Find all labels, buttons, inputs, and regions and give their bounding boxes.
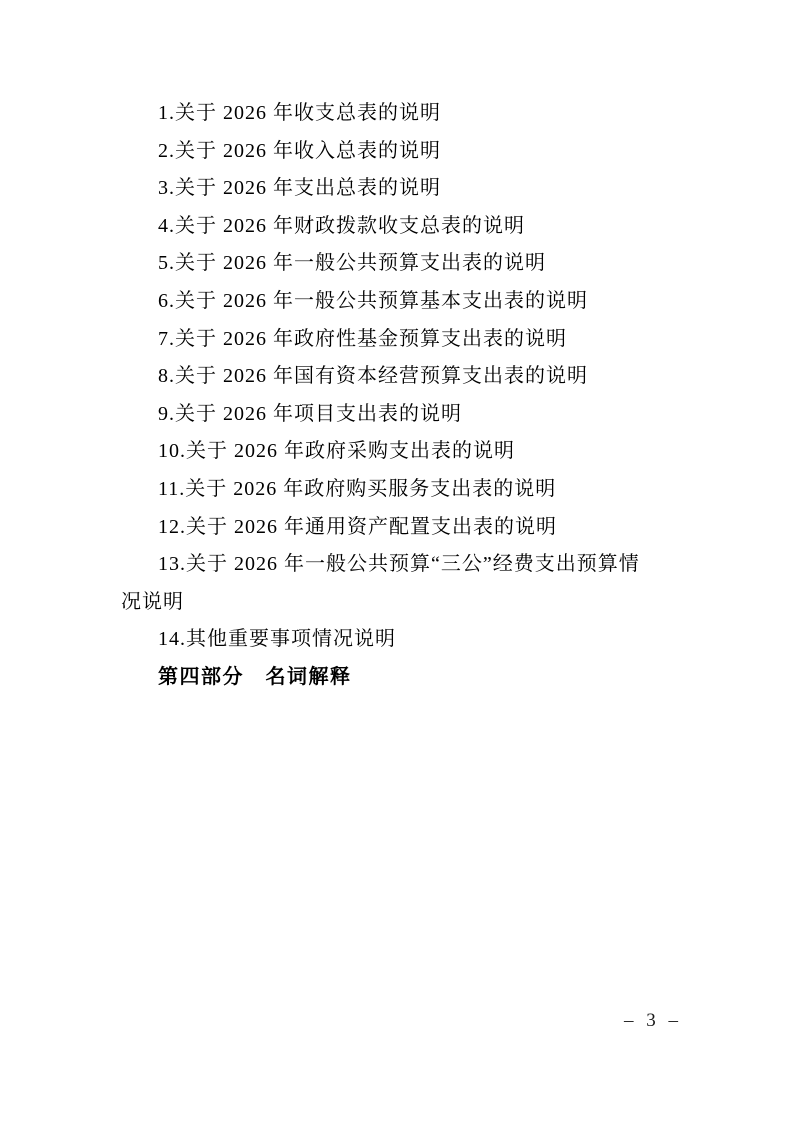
toc-item: 5.关于 2026 年一般公共预算支出表的说明 (121, 245, 674, 283)
toc-item: 12.关于 2026 年通用资产配置支出表的说明 (121, 509, 674, 547)
toc-item: 3.关于 2026 年支出总表的说明 (121, 170, 674, 208)
toc-item: 1.关于 2026 年收支总表的说明 (121, 95, 674, 133)
section-heading: 第四部分 名词解释 (121, 659, 674, 697)
toc-item: 11.关于 2026 年政府购买服务支出表的说明 (121, 471, 674, 509)
toc-item: 7.关于 2026 年政府性基金预算支出表的说明 (121, 321, 674, 359)
toc-item: 4.关于 2026 年财政拨款收支总表的说明 (121, 208, 674, 246)
page-number: – 3 – (624, 1008, 682, 1034)
toc-item: 13.关于 2026 年一般公共预算“三公”经费支出预算情 况说明 (121, 546, 674, 621)
toc-item: 9.关于 2026 年项目支出表的说明 (121, 396, 674, 434)
toc-item: 14.其他重要事项情况说明 (121, 621, 674, 659)
toc-item: 2.关于 2026 年收入总表的说明 (121, 133, 674, 171)
toc-item: 6.关于 2026 年一般公共预算基本支出表的说明 (121, 283, 674, 321)
toc-list: 1.关于 2026 年收支总表的说明 2.关于 2026 年收入总表的说明 3.… (121, 95, 674, 697)
toc-item: 10.关于 2026 年政府采购支出表的说明 (121, 433, 674, 471)
toc-item: 8.关于 2026 年国有资本经营预算支出表的说明 (121, 358, 674, 396)
document-page: 1.关于 2026 年收支总表的说明 2.关于 2026 年收入总表的说明 3.… (0, 0, 793, 1122)
